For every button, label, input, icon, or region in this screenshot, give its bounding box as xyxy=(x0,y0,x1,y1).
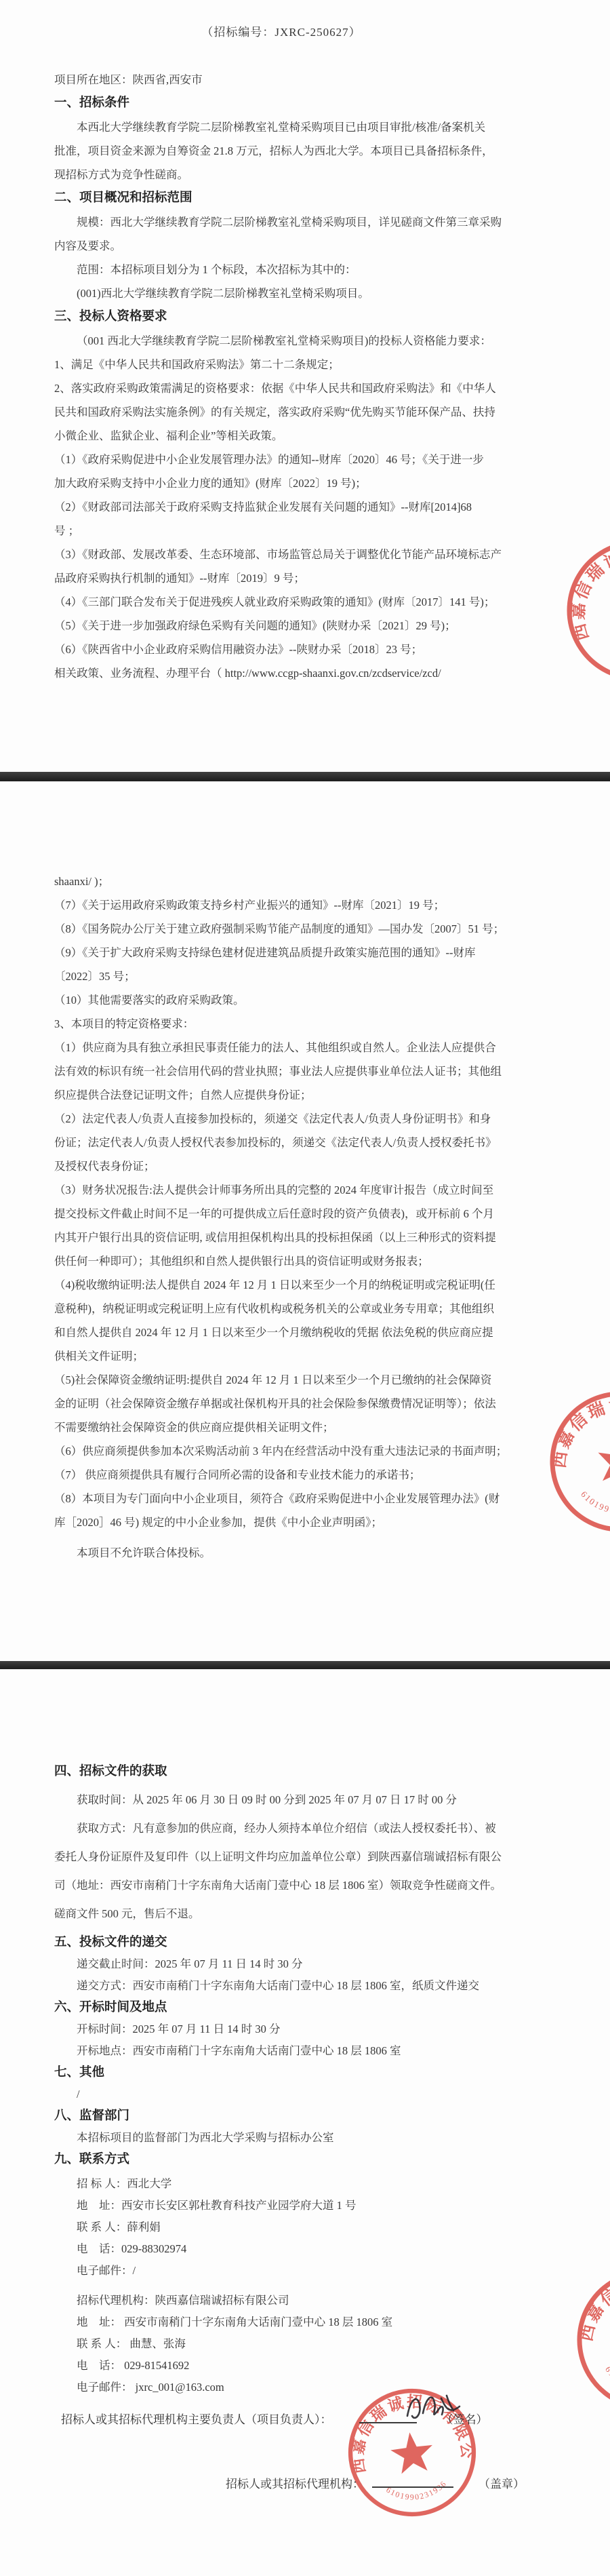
text-line: 提交投标文件截止时间不足一年的可提供成立后任意时段的资产负债表)，或开标前 6 … xyxy=(54,1202,508,1226)
text-line: （3）《财政部、发展改革委、生态环境部、市场监管总局关于调整优化节能产品环境标志… xyxy=(54,543,508,566)
text-line: 规模：西北大学继续教育学院二层阶梯教室礼堂椅采购项目，详见磋商文件第三章采购 xyxy=(54,210,508,234)
text-line: （4)税收缴纳证明:法人提供自 2024 年 12 月 1 日以来至少一个月的纳… xyxy=(54,1273,508,1297)
page-break-bar xyxy=(0,772,610,781)
text-line: 内容及要求。 xyxy=(54,234,508,258)
text-line: （4）《三部门联合发布关于促进残疾人就业政府采购政策的通知》(财库〔2017〕1… xyxy=(54,590,508,614)
signature-label: 招标人或其招标代理机构： xyxy=(226,2478,364,2491)
text-line: （8）本项目为专门面向中小企业项目，须符合《政府采购促进中小企业发展管理办法》(… xyxy=(54,1487,508,1510)
text-line: 供相关文件证明； xyxy=(54,1344,508,1368)
text-line: 意税种)，纳税证明或完税证明上应有代收机构或税务机关的公章或业务专用章；其他组织 xyxy=(54,1297,508,1321)
section-heading: 九、联系方式 xyxy=(54,2149,508,2170)
text-line: / xyxy=(54,2084,508,2105)
text-line: 1、满足《中华人民共和国政府采购法》第二十二条规定； xyxy=(54,353,508,376)
text-line: 项目所在地区：陕西省,西安市 xyxy=(54,68,508,92)
text-line: 地 址：西安市长安区郭杜教育科技产业园学府大道 1 号 xyxy=(54,2195,508,2217)
section-heading: 三、投标人资格要求 xyxy=(54,305,508,329)
text-line: 开标地点：西安市南稍门十字东南角大话南门壹中心 18 层 1806 室 xyxy=(54,2040,508,2062)
text-line: 招标代理机构：陕西嘉信瑞诚招标有限公司 xyxy=(54,2290,508,2311)
text-line: 2、落实政府采购政策需满足的资格要求：依据《中华人民共和国政府采购法》和《中华人 xyxy=(54,376,508,400)
text-line: 不需要缴纳社会保障资金的供应商应提供相关证明文件； xyxy=(54,1416,508,1439)
text-line: （2）《财政部司法部关于政府采购支持监狱企业发展有关问题的通知》--财库[201… xyxy=(54,495,508,519)
section-heading: 八、监督部门 xyxy=(54,2105,508,2127)
text-line: 电子邮件：/ xyxy=(54,2260,508,2282)
text-line: 招 标 人：西北大学 xyxy=(54,2173,508,2195)
text-line: （7） 供应商须提供具有履行合同所必需的设备和专业技术能力的承诺书； xyxy=(54,1463,508,1487)
text-line: （8）《国务院办公厅关于建立政府强制采购节能产品制度的通知》—国办发〔2007〕… xyxy=(54,917,508,941)
text-line: （招标编号：JXRC-250627） xyxy=(54,20,508,44)
agency-seal-signature-row: 招标人或其招标代理机构：（盖章） xyxy=(226,2474,525,2491)
section-heading: 六、开标时间及地点 xyxy=(54,1997,508,2018)
text-line: 批准，项目资金来源为自筹资金 21.8 万元，招标人为西北大学。本项目已具备招标… xyxy=(54,139,508,163)
text-line: 递交截止时间：2025 年 07 月 11 日 14 时 30 分 xyxy=(54,1953,508,1975)
text-line: （10）其他需要落实的政府采购政策。 xyxy=(54,988,508,1012)
text-line: 和自然人提供自 2024 年 12 月 1 日以来至少一个月缴纳税收的凭据 依法… xyxy=(54,1321,508,1344)
text-line: （9）《关于扩大政府采购支持绿色建材促进建筑品质提升政策实施范围的通知》--财库 xyxy=(54,941,508,964)
text-line: 现招标方式为竞争性磋商。 xyxy=(54,163,508,187)
signature-label: 招标人或其招标代理机构主要负责人（项目负责人）： xyxy=(61,2413,332,2426)
text-line: 开标时间：2025 年 07 月 11 日 14 时 30 分 xyxy=(54,2018,508,2040)
text-line: 织应提供合法登记证明文件；自然人应提供身份证； xyxy=(54,1083,508,1107)
text-line: 及授权代表身份证； xyxy=(54,1154,508,1178)
text-line: 相关政策、业务流程、办理平台（ http://www.ccgp-shaanxi.… xyxy=(54,661,508,685)
text-line xyxy=(54,44,508,68)
text-line: 号 ； xyxy=(54,519,508,543)
page-2: shaanxi/ )；（7）《关于运用政府采购政策支持乡村产业振兴的通知》--财… xyxy=(0,781,610,1661)
scanned-tender-document: （招标编号：JXRC-250627） 项目所在地区：陕西省,西安市一、招标条件本… xyxy=(0,0,610,2576)
text-line: （1）《政府采购促进中小企业发展管理办法》的通知--财库〔2020〕46 号；《… xyxy=(54,448,508,471)
text-line: shaanxi/ )； xyxy=(54,870,508,893)
text-line: 3、本项目的特定资格要求： xyxy=(54,1012,508,1036)
handwritten-signature xyxy=(402,2386,466,2428)
signature-suffix: （盖章） xyxy=(479,2478,525,2491)
text-line: 本西北大学继续教育学院二层阶梯教室礼堂椅采购项目已由项目审批/核准/备案机关 xyxy=(54,115,508,139)
text-line: 磋商文件 500 元，售后不退。 xyxy=(54,1903,508,1925)
text-line: 加大政府采购支持中小企业力度的通知》(财库〔2022〕19 号)； xyxy=(54,471,508,495)
text-line: 民共和国政府采购法实施条例》的有关规定，落实政府采购“优先购买节能环保产品、扶持 xyxy=(54,400,508,424)
text-line: 电 话：029-88302974 xyxy=(54,2238,508,2260)
text-line: (001)西北大学继续教育学院二层阶梯教室礼堂椅采购项目。 xyxy=(54,281,508,305)
text-line: （3）财务状况报告:法人提供会计师事务所出具的完整的 2024 年度审计报告（成… xyxy=(54,1178,508,1202)
text-line: （7）《关于运用政府采购政策支持乡村产业振兴的通知》--财库〔2021〕19 号… xyxy=(54,893,508,917)
text-line: （5）《关于进一步加强政府绿色采购有关问题的通知》(陕财办采〔2021〕29 号… xyxy=(54,614,508,638)
section-heading: 七、其他 xyxy=(54,2062,508,2084)
section-heading: 五、投标文件的递交 xyxy=(54,1932,508,1953)
text-line: （5)社会保障资金缴纳证明:提供自 2024 年 12 月 1 日以来至少一个月… xyxy=(54,1368,508,1392)
text-line: 联 系 人： 曲慧、张海 xyxy=(54,2333,508,2355)
text-line: 范围：本招标项目划分为 1 个标段，本次招标为其中的： xyxy=(54,258,508,281)
text-line: （001 西北大学继续教育学院二层阶梯教室礼堂椅采购项目)的投标人资格能力要求： xyxy=(54,329,508,353)
text-line: 司（地址：西安市南稍门十字东南角大话南门壹中心 18 层 1806 室）领取竞争… xyxy=(54,1875,508,1896)
signature-line xyxy=(372,2477,453,2488)
text-line: 金的证明（社会保障资金缴存单据或社保机构开具的社会保险参保缴费情况证明等）；依法 xyxy=(54,1392,508,1416)
text-line: 联 系 人：薛利娟 xyxy=(54,2217,508,2238)
text-line: 份证；法定代表人/负责人授权代表参加投标的，须递交《法定代表人/负责人授权委托书… xyxy=(54,1131,508,1154)
page-break-bar xyxy=(0,1661,610,1669)
text-line: （6）供应商须提供参加本次采购活动前 3 年内在经营活动中没有重大违法记录的书面… xyxy=(54,1439,508,1463)
text-line: 品政府采购执行机制的通知》--财库〔2019〕9 号； xyxy=(54,566,508,590)
text-line: （2）法定代表人/负责人直接参加投标的，须递交《法定代表人/负责人身份证明书》和… xyxy=(54,1107,508,1131)
text-line: 内其开户银行出具的资信证明, 或信用担保机构出具的投标担保函（以上三种形式的资料… xyxy=(54,1226,508,1249)
text-line: 供任何一种即可）；其他组织和自然人提供银行出具的资信证明或财务报表； xyxy=(54,1249,508,1273)
text-line: 递交方式：西安市南稍门十字东南角大话南门壹中心 18 层 1806 室，纸质文件… xyxy=(54,1975,508,1997)
page-1: （招标编号：JXRC-250627） 项目所在地区：陕西省,西安市一、招标条件本… xyxy=(0,0,610,772)
text-line: 电 话： 029-81541692 xyxy=(54,2355,508,2377)
text-line: （1）供应商为具有独立承担民事责任能力的法人、其他组织或自然人。企业法人应提供合 xyxy=(54,1036,508,1059)
text-line: 获取方式：凡有意参加的供应商，经办人须持本单位介绍信（或法人授权委托书）、被 xyxy=(54,1818,508,1839)
text-line: 委托人身份证原件及复印件（以上证明文件均应加盖单位公章）到陕西嘉信瑞诚招标有限公 xyxy=(54,1846,508,1868)
text-line: 本项目不允许联合体投标。 xyxy=(54,1541,508,1565)
text-line: 小微企业、监狱企业、福利企业”等相关政策。 xyxy=(54,424,508,448)
text-line: 法有效的标识有统一社会信用代码的营业执照；事业法人应提供事业单位法人证书；其他组 xyxy=(54,1059,508,1083)
text-line: 获取时间：从 2025 年 06 月 30 日 09 时 00 分到 2025 … xyxy=(54,1789,508,1811)
text-line: 地 址： 西安市南稍门十字东南角大话南门壹中心 18 层 1806 室 xyxy=(54,2311,508,2333)
text-line: 〔2022〕35 号； xyxy=(54,964,508,988)
text-line: 本招标项目的监督部门为西北大学采购与招标办公室 xyxy=(54,2127,508,2149)
section-heading: 二、项目概况和招标范围 xyxy=(54,187,508,210)
text-line: 库［2020］46 号) 规定的中小企业参加，提供《中小企业声明函》； xyxy=(54,1510,508,1534)
text-line: （6）《陕西省中小企业政府采购信用融资办法》--陕财办采〔2018〕23 号； xyxy=(54,638,508,661)
section-heading: 四、招标文件的获取 xyxy=(54,1761,508,1782)
section-heading: 一、招标条件 xyxy=(54,92,508,115)
